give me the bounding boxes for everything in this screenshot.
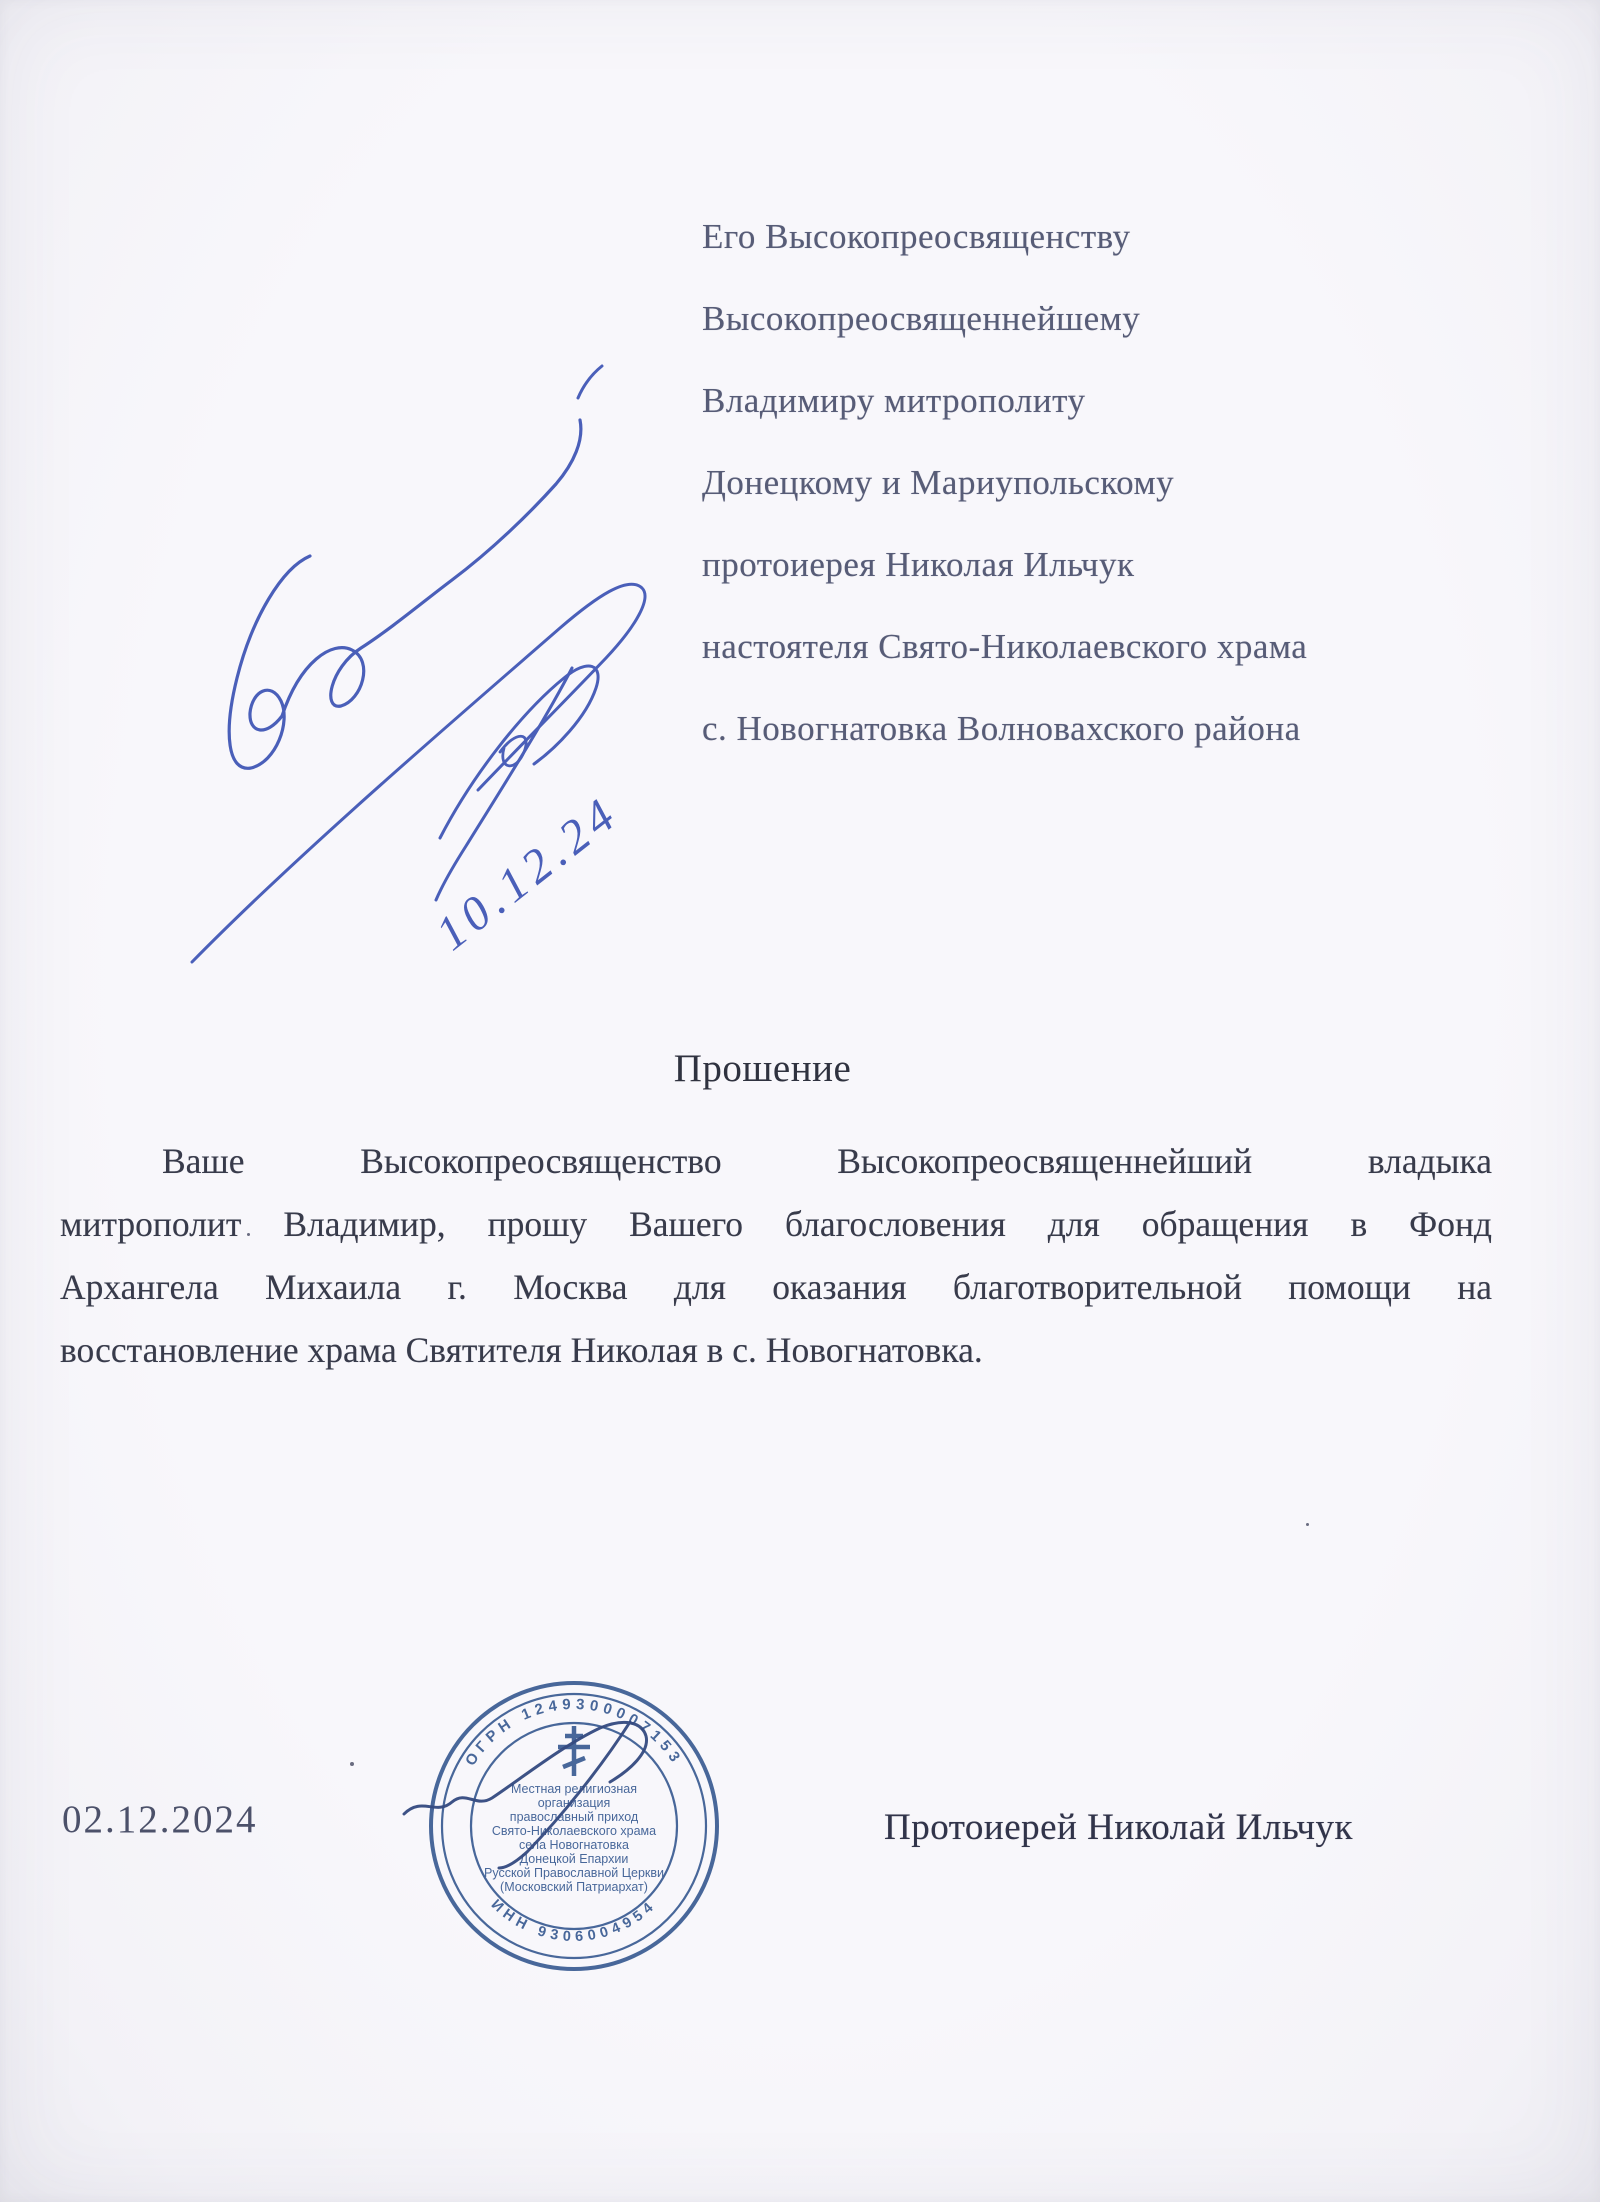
scan-speck — [247, 1233, 250, 1236]
seal-center-line: (Московский Патриархат) — [500, 1880, 648, 1894]
resolution-initials-cross-stroke — [436, 668, 572, 900]
addressee-line: Донецкому и Мариупольскому — [702, 442, 1462, 524]
seal-center-line: православный приход — [510, 1810, 639, 1824]
body-line: восстановление храма Святителя Николая в… — [60, 1319, 1492, 1382]
addressee-line: настоятеля Свято-Николаевского храма — [702, 606, 1462, 688]
resolution-signature-tick — [578, 366, 602, 398]
resolution-initials-loop-stroke — [500, 736, 526, 766]
seal-center-line: Донецкой Епархии — [520, 1852, 629, 1866]
seal-center-line: Местная религиозная — [511, 1782, 637, 1796]
body-line: Архангела Михаила г. Москва для оказания… — [60, 1256, 1492, 1319]
body-line: митрополит Владимир, прошу Вашего благос… — [60, 1193, 1492, 1256]
addressee-block: Его Высокопреосвященству Высокопреосвяще… — [702, 196, 1462, 770]
seal-center-line: села Новогнатовка — [519, 1838, 629, 1852]
seal-inn-text: ИНН 9306004954 — [488, 1897, 660, 1946]
resolution-date: 10.12.24 — [426, 786, 629, 961]
scan-speck — [350, 1762, 354, 1766]
church-seal: ОГРН 1249300007153 ИНН 9306004954 Местна… — [424, 1676, 724, 1976]
resolution-initials-stroke — [440, 666, 598, 838]
addressee-line: протоиерея Николая Ильчук — [702, 524, 1462, 606]
addressee-line: Его Высокопреосвященству — [702, 196, 1462, 278]
signatory-name: Протоиерей Николай Ильчук — [884, 1806, 1353, 1849]
seal-center-line: Русской Православной Церкви — [484, 1866, 664, 1880]
orthodox-cross-icon — [558, 1726, 590, 1776]
body-line: Ваше Высокопреосвященство Высокопреосвящ… — [60, 1130, 1492, 1193]
seal-center-line: организация — [538, 1796, 611, 1810]
resolution-signature-stroke — [229, 420, 581, 768]
resolution-underline-stroke — [192, 584, 645, 962]
seal-center-line: Свято-Николаевского храма — [492, 1824, 656, 1838]
addressee-line: с. Новогнатовка Волновахского района — [702, 688, 1462, 770]
scan-speck — [1306, 1523, 1309, 1526]
addressee-line: Высокопреосвященнейшему — [702, 278, 1462, 360]
addressee-line: Владимиру митрополиту — [702, 360, 1462, 442]
document-page: Его Высокопреосвященству Высокопреосвяще… — [0, 0, 1600, 2202]
svg-text:ИНН 9306004954: ИНН 9306004954 — [488, 1897, 660, 1946]
document-title: Прошение — [60, 1046, 1465, 1091]
body-paragraph: Ваше Высокопреосвященство Высокопреосвящ… — [60, 1130, 1492, 1382]
document-date: 02.12.2024 — [62, 1797, 258, 1842]
